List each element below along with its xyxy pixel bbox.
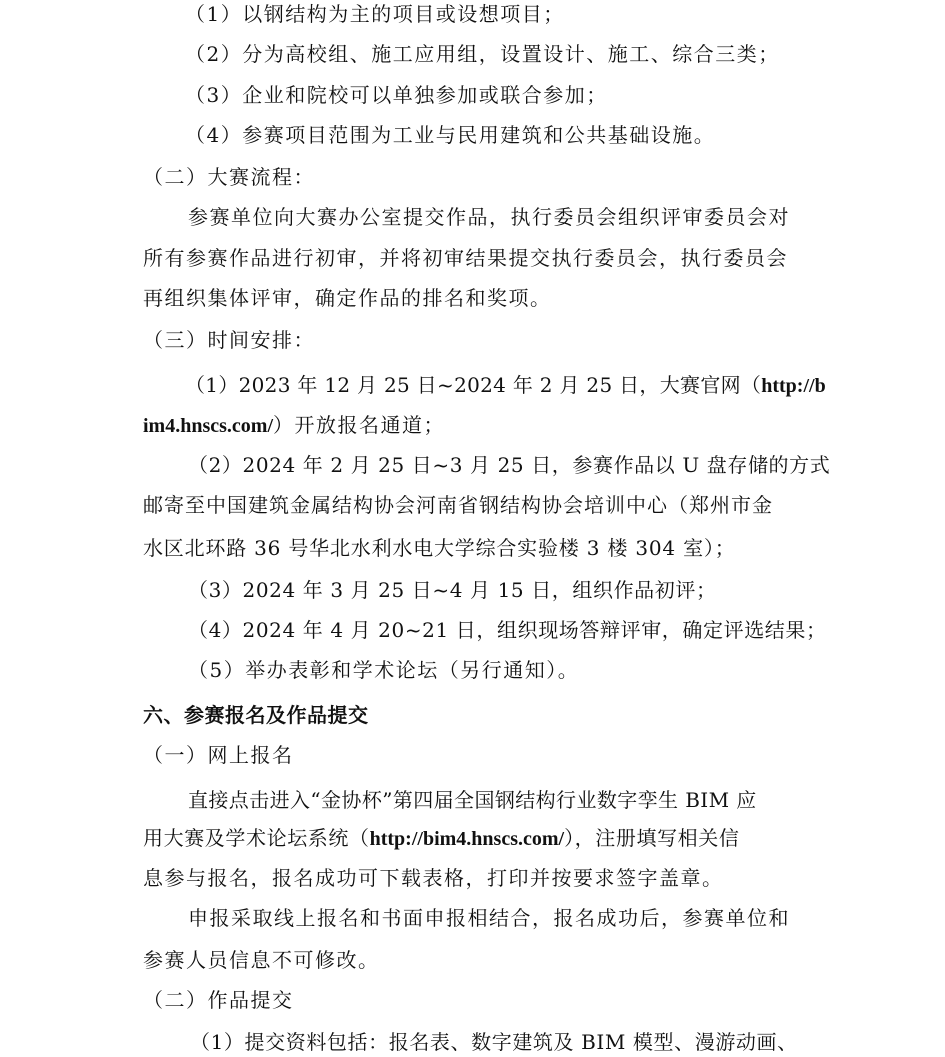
online-text-line-2-prefix: 用大赛及学术论坛系统（ bbox=[143, 826, 370, 850]
schedule-item-5: （5）举办表彰和学术论坛（另行通知）。 bbox=[188, 656, 579, 684]
schedule-item-1-prefix: （1）2023 年 12 月 25 日~2024 年 2 月 25 日，大赛官网… bbox=[185, 373, 761, 397]
online-text-line-4: 申报采取线上报名和书面申报相结合，报名成功后，参赛单位和 bbox=[188, 904, 790, 932]
schedule-item-1-line-1: （1）2023 年 12 月 25 日~2024 年 2 月 25 日，大赛官网… bbox=[185, 371, 826, 400]
schedule-item-2-line-1: （2）2024 年 2 月 25 日~3 月 25 日，参赛作品以 U 盘存储的… bbox=[188, 451, 830, 479]
submission-heading: （二）作品提交 bbox=[143, 986, 294, 1014]
submission-item-1: （1）提交资料包括：报名表、数字建筑及 BIM 模型、漫游动画、 bbox=[190, 1028, 798, 1056]
requirement-item-2: （2）分为高校组、施工应用组，设置设计、施工、综合三类； bbox=[185, 40, 780, 68]
official-site-link-part-1[interactable]: http://b bbox=[761, 375, 825, 397]
schedule-item-1-suffix: ）开放报名通道； bbox=[273, 413, 445, 437]
online-text-line-2-suffix: ），注册填写相关信 bbox=[564, 826, 739, 850]
requirement-item-1: （1）以钢结构为主的项目或设想项目； bbox=[185, 0, 565, 28]
online-text-line-3: 息参与报名，报名成功可下载表格，打印并按要求签字盖章。 bbox=[143, 864, 724, 892]
schedule-item-4: （4）2024 年 4 月 20~21 日，组织现场答辩评审，确定评选结果； bbox=[188, 616, 827, 644]
official-site-link-part-2[interactable]: im4.hnscs.com/ bbox=[143, 415, 273, 437]
online-registration-heading: （一）网上报名 bbox=[143, 741, 294, 769]
requirement-item-3: （3）企业和院校可以单独参加或联合参加； bbox=[185, 81, 608, 109]
section-6-heading: 六、参赛报名及作品提交 bbox=[143, 701, 369, 729]
online-text-line-2: 用大赛及学术论坛系统（http://bim4.hnscs.com/），注册填写相… bbox=[143, 824, 739, 853]
process-text-line-3: 再组织集体评审，确定作品的排名和奖项。 bbox=[143, 284, 552, 312]
requirement-item-4: （4）参赛项目范围为工业与民用建筑和公共基础设施。 bbox=[185, 121, 715, 149]
schedule-item-2-line-3: 水区北环路 36 号华北水利水电大学综合实验楼 3 楼 304 室）； bbox=[143, 534, 736, 562]
schedule-item-2-line-2: 邮寄至中国建筑金属结构协会河南省钢结构协会培训中心（郑州市金 bbox=[143, 491, 773, 519]
schedule-heading: （三）时间安排： bbox=[143, 326, 315, 354]
process-text-line-1: 参赛单位向大赛办公室提交作品，执行委员会组织评审委员会对 bbox=[188, 203, 790, 231]
process-text-line-2: 所有参赛作品进行初审，并将初审结果提交执行委员会，执行委员会 bbox=[143, 244, 788, 272]
schedule-item-3: （3）2024 年 3 月 25 日~4 月 15 日，组织作品初评； bbox=[188, 576, 717, 604]
online-text-line-5: 参赛人员信息不可修改。 bbox=[143, 946, 380, 974]
process-heading: （二）大赛流程： bbox=[143, 163, 315, 191]
schedule-item-1-line-2: im4.hnscs.com/）开放报名通道； bbox=[143, 411, 445, 440]
registration-system-link[interactable]: http://bim4.hnscs.com/ bbox=[370, 828, 564, 850]
online-text-line-1: 直接点击进入“金协杯”第四届全国钢结构行业数字孪生 BIM 应 bbox=[188, 786, 757, 814]
